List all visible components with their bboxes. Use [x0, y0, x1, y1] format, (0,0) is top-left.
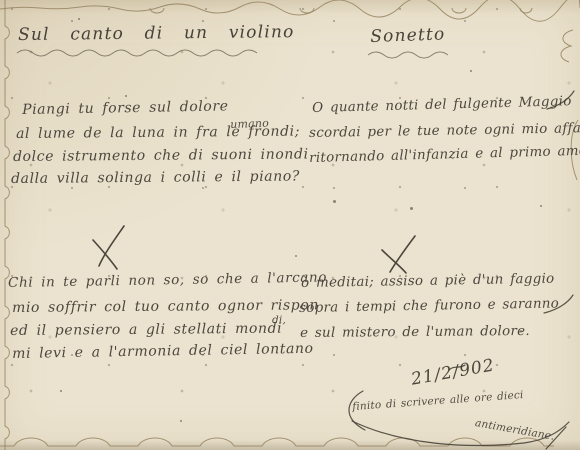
poem-line: dalla villa solinga i colli e il piano?	[11, 169, 300, 186]
paper-speck	[78, 18, 80, 20]
poem-line: dolce istrumento che di suoni inondi	[13, 147, 309, 164]
poem-title: Sul canto di un violino	[18, 24, 295, 44]
poem-line: mi levi e a l'armonia del ciel lontano	[12, 342, 314, 361]
paper-speck	[125, 95, 127, 97]
poem-line: Piangi tu forse sul dolore	[22, 99, 229, 117]
poem-line: scordai per le tue note ogni mio affanno…	[309, 122, 580, 141]
date: 21/2/902	[410, 357, 496, 388]
x-mark-right	[378, 228, 422, 280]
poem-line: mio soffrir col tuo canto ognor rispon	[12, 298, 319, 315]
closing-note-line1: finito di scrivere alle ore dieci	[352, 390, 524, 412]
paper-speck	[333, 200, 336, 203]
paper-speck	[295, 255, 297, 257]
poem-line: Chi in te parli non so, so che a l'arcan…	[8, 271, 327, 290]
poem-line: ò meditai; assiso a piè d'un faggio	[301, 273, 555, 291]
paper-speck	[410, 207, 413, 210]
pen-flourishes	[0, 0, 580, 450]
paper-speck	[180, 420, 182, 422]
poem-line: e sul mistero de l'uman dolore.	[300, 325, 530, 340]
manuscript-page: Sul canto di un violino Sonetto Piangi t…	[0, 0, 580, 450]
paper-speck	[470, 70, 472, 72]
poem-line: sopra i tempi che furono e saranno	[299, 297, 559, 315]
poem-line: ritornando all'infanzia e al primo amore	[309, 144, 580, 165]
deckled-edge-border	[0, 0, 580, 450]
poem-line: al lume de la luna in fra le frondi;	[16, 125, 300, 141]
x-mark-left	[90, 222, 134, 274]
closing-note-line2: antimeridiane.	[474, 418, 555, 442]
poem-line: O quante notti del fulgente Maggio	[312, 95, 572, 115]
title-underline-squiggle	[15, 48, 271, 58]
poem-line: ed il pensiero a gli stellati mondi	[10, 322, 282, 338]
title-underline-squiggle	[366, 50, 466, 60]
sonnet-title: Sonetto	[370, 26, 446, 46]
paper-speck	[60, 390, 62, 392]
paper-speck	[540, 205, 542, 207]
